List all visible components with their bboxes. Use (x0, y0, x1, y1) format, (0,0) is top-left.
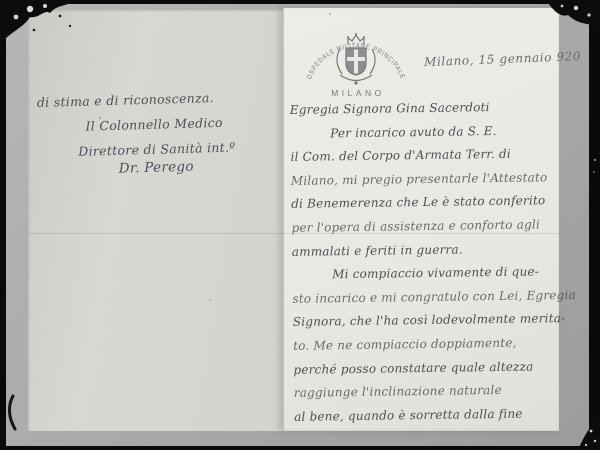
stamp-city-text: MILANO (331, 88, 385, 98)
fold-crease-vertical (283, 8, 284, 431)
signature: Dr. Perego (119, 159, 194, 177)
letter-line: al bene, quando è sorretta dalla fine (294, 402, 562, 429)
photograph-of-letter: { "photo": { "description": "black-and-w… (0, 0, 600, 450)
letter-line: raggiunge l'inclinazione naturale (294, 378, 562, 405)
letterhead-stamp: OSPEDALE MILITARE PRINCIPALE MILANO (294, 16, 418, 100)
letter-line: Milano, mi pregio presentarle l'Attestat… (291, 166, 559, 193)
savoy-crest-icon (337, 33, 375, 85)
letter-line: per l'opera di assistenza e conforto agl… (291, 213, 559, 240)
letter-left-page (28, 10, 284, 431)
letter-line: to. Me ne compiaccio doppiamente, (293, 331, 561, 358)
letter-body: Egregia Signora Gina Sacerdoti Per incar… (290, 95, 563, 429)
stamp-graphic: OSPEDALE MILITARE PRINCIPALE MILANO (294, 16, 418, 100)
letter-line: sto incarico e mi congratulo con Lei, Eg… (292, 284, 560, 311)
